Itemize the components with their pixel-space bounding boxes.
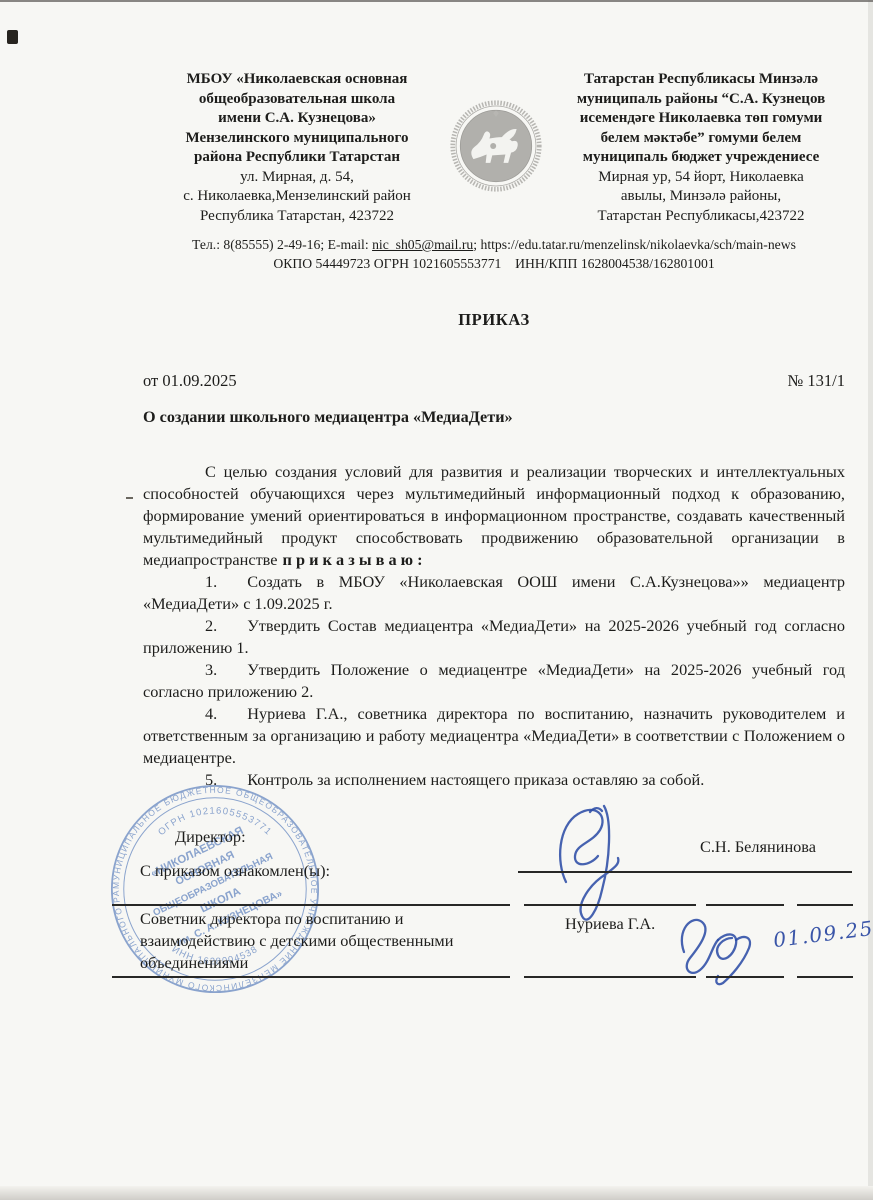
item-number: 1. — [205, 572, 217, 591]
letterhead-line: имени С.А. Кузнецова» — [133, 109, 461, 129]
scan-speck — [7, 30, 18, 44]
order-item: 3.Утвердить Положение о медиацентре «Мед… — [143, 659, 845, 703]
order-word: п р и к а з ы в а ю : — [283, 550, 423, 569]
letterhead-address-line: ул. Мирная, д. 54, — [133, 168, 461, 188]
letterhead-line: МБОУ «Николаевская основная — [133, 70, 461, 90]
letterhead-address-line: авылы, Минзәлә районы, — [536, 187, 866, 207]
scan-top-edge — [0, 0, 873, 2]
item-text: Создать в МБОУ «Николаевская ООШ имени С… — [143, 572, 845, 613]
order-subject: О создании школьного медиацентра «МедиаД… — [143, 408, 513, 427]
letterhead-address-line: Татарстан Республикасы,423722 — [536, 207, 866, 227]
advisor-title-line: взаимодействию с детскими общественными — [140, 930, 480, 952]
order-body: С целью создания условий для развития и … — [143, 461, 845, 791]
letterhead-line: Татарстан Республикасы Минзәлә — [536, 70, 866, 90]
registry-codes-line: ОКПО 54449723 ОГРН 1021605553771 ИНН/КПП… — [120, 254, 868, 273]
director-name: С.Н. Белянинова — [700, 837, 816, 857]
signature-line — [112, 976, 510, 978]
order-item: 1.Создать в МБОУ «Николаевская ООШ имени… — [143, 571, 845, 615]
letterhead-address-line: Республика Татарстан, 423722 — [133, 207, 461, 227]
advisor-name: Нуриева Г.А. — [565, 914, 655, 934]
phone-text: Тел.: 8(85555) 2-49-16; E-mail: — [192, 237, 372, 252]
intro-paragraph: С целью создания условий для развития и … — [143, 461, 845, 571]
letterhead-line: общеобразовательная школа — [133, 90, 461, 110]
order-title: ПРИКАЗ — [143, 310, 845, 330]
tatarstan-emblem-icon — [449, 99, 543, 193]
signature-line — [524, 976, 696, 978]
letterhead-line: исемендәге Николаевка төп гомуми — [536, 109, 866, 129]
letterhead-address-line: с. Николаевка,Мензелинский район — [133, 187, 461, 207]
signature-line — [797, 904, 853, 906]
scan-dash-artifact — [126, 497, 133, 499]
letterhead-line: муниципаль районы “С.А. Кузнецов — [536, 90, 866, 110]
signature-line — [518, 871, 852, 873]
contact-line: Тел.: 8(85555) 2-49-16; E-mail: nic_sh05… — [120, 235, 868, 254]
letterhead-line: белем мәктәбе” гомуми белем — [536, 129, 866, 149]
letterhead-line: Мензелинского муниципального — [133, 129, 461, 149]
director-label: Директор: — [175, 827, 246, 847]
acknowledged-label: С приказом ознакомлен(ы): — [140, 861, 330, 881]
item-number: 4. — [205, 704, 217, 723]
intro-text: С целью создания условий для развития и … — [143, 462, 845, 569]
order-date-row: от 01.09.2025 № 131/1 — [143, 371, 845, 391]
signature-line — [797, 976, 853, 978]
item-text: Утвердить Положение о медиацентре «Медиа… — [143, 660, 845, 701]
signature-line — [112, 904, 510, 906]
letterhead-tatar: Татарстан Республикасы Минзәлә муниципал… — [536, 70, 866, 226]
advisor-signature-icon — [668, 906, 776, 992]
website-text: ; https://edu.tatar.ru/menzelinsk/nikola… — [473, 237, 796, 252]
item-text: Нуриева Г.А., советника директора по вос… — [143, 704, 845, 767]
scan-right-edge — [868, 0, 873, 1200]
email-text: nic_sh05@mail.ru — [372, 237, 473, 252]
item-text: Утвердить Состав медиацентра «МедиаДети»… — [143, 616, 845, 657]
advisor-title: Советник директора по воспитанию и взаим… — [140, 908, 480, 974]
item-number: 2. — [205, 616, 217, 635]
handwritten-date: 01.09.25 — [772, 916, 873, 952]
advisor-title-line: объединениями — [140, 952, 480, 974]
order-date: от 01.09.2025 — [143, 371, 237, 391]
signature-line — [706, 976, 784, 978]
item-number: 3. — [205, 660, 217, 679]
advisor-title-line: Советник директора по воспитанию и — [140, 908, 480, 930]
letterhead-russian: МБОУ «Николаевская основная общеобразова… — [133, 70, 461, 226]
letterhead-line: муниципаль бюджет учреждениесе — [536, 148, 866, 168]
order-number: № 131/1 — [788, 371, 845, 391]
contact-block: Тел.: 8(85555) 2-49-16; E-mail: nic_sh05… — [120, 235, 868, 273]
order-item: 2.Утвердить Состав медиацентра «МедиаДет… — [143, 615, 845, 659]
letterhead-address-line: Мирная ур, 54 йорт, Николаевка — [536, 168, 866, 188]
order-item: 4.Нуриева Г.А., советника директора по в… — [143, 703, 845, 769]
scanned-order-document: МБОУ «Николаевская основная общеобразова… — [0, 0, 873, 1200]
letterhead-line: района Республики Татарстан — [133, 148, 461, 168]
scan-bottom-edge — [0, 1186, 873, 1200]
